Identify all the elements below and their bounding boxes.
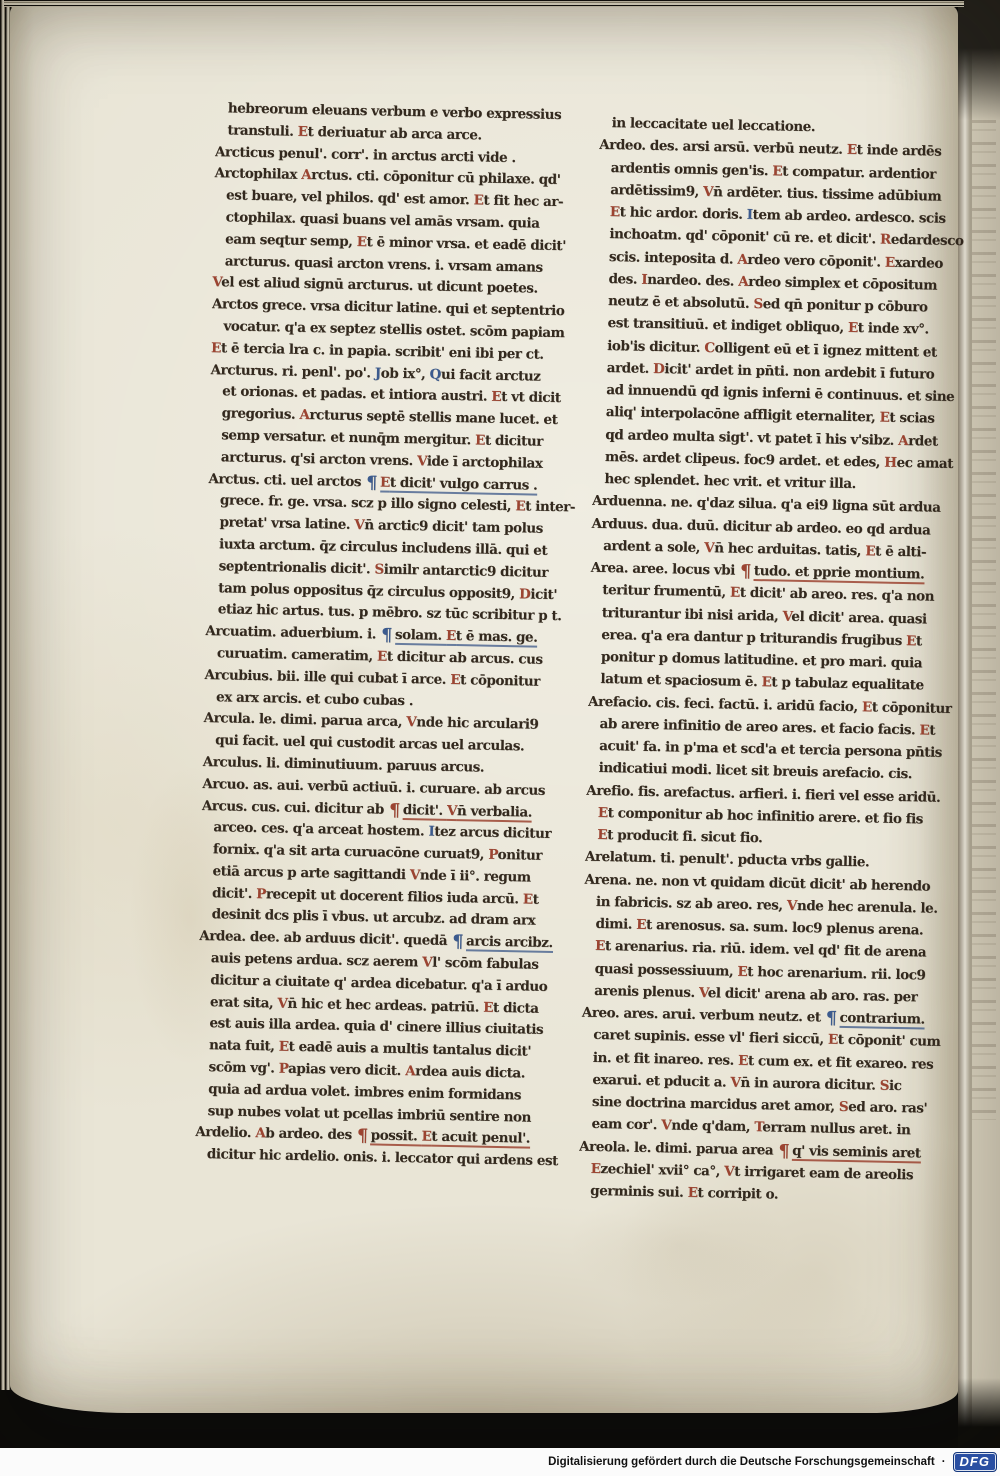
scan-viewport: hebreorum eleuans verbum e verbo express… <box>0 0 1000 1476</box>
book-top-edge <box>4 0 964 7</box>
text-column-left: hebreorum eleuans verbum e verbo express… <box>195 98 588 1173</box>
paraph-mark: ¶ <box>740 562 751 582</box>
paraph-mark: ¶ <box>366 473 377 493</box>
digitization-footer: Digitalisierung gefördert durch die Deut… <box>0 1448 1000 1476</box>
paraph-mark: ¶ <box>778 1141 789 1161</box>
paraph-mark: ¶ <box>389 800 400 820</box>
paraph-mark: ¶ <box>357 1127 368 1147</box>
fore-edge-shadow-bottom <box>958 1378 1000 1448</box>
next-page-ghost-text <box>972 120 996 1120</box>
paraph-mark: ¶ <box>452 932 463 952</box>
text-column-right: in leccacitate uel leccatione.Ardeo. des… <box>578 112 972 1209</box>
footer-separator: · <box>942 1456 946 1468</box>
fore-edge-shadow-top <box>958 0 1000 120</box>
paraph-mark: ¶ <box>381 626 392 646</box>
footer-credit-text: Digitalisierung gefördert durch die Deut… <box>548 1456 935 1468</box>
dfg-logo[interactable]: DFG <box>953 1452 997 1472</box>
paraph-mark: ¶ <box>826 1009 837 1029</box>
page-text-block: hebreorum eleuans verbum e verbo express… <box>0 0 958 1422</box>
manuscript-page: hebreorum eleuans verbum e verbo express… <box>10 5 958 1413</box>
